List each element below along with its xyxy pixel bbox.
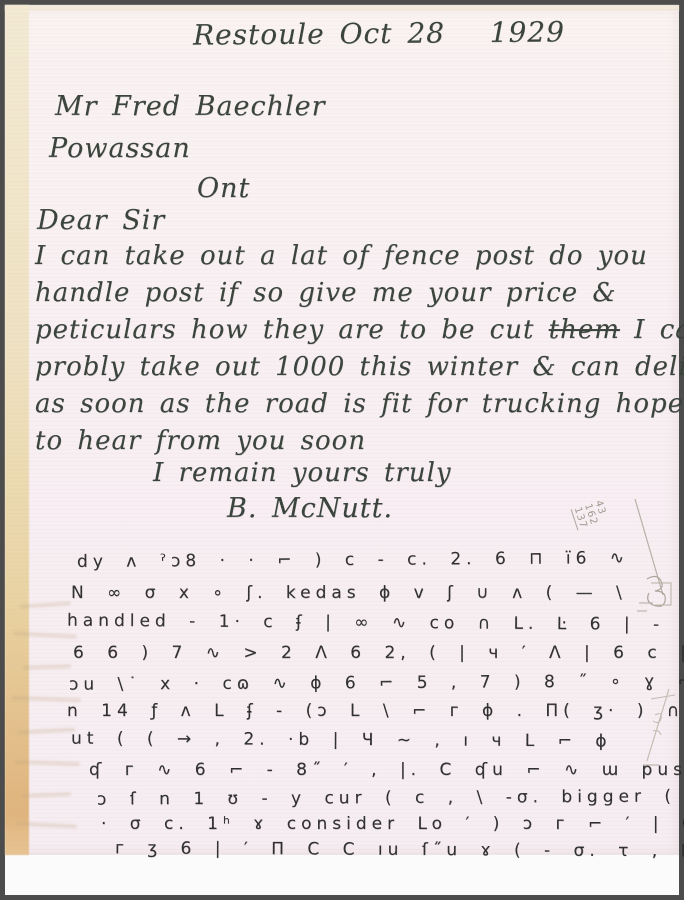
bleed-through-mark xyxy=(21,792,71,798)
pencil-tally-strokes xyxy=(635,685,681,769)
recipient-province: Ont xyxy=(197,173,250,204)
body-line: probly take out 1000 this winter & can d… xyxy=(35,352,684,382)
bleed-through-mark xyxy=(23,664,71,670)
pencil-stroke-flourish xyxy=(601,491,684,617)
recipient-name: Mr Fred Baechler xyxy=(55,91,326,122)
shorthand-line: · σ c. 1ʰ ɤ consider Lo ′ ) ɔ г ⌐ ′ | C … xyxy=(101,814,684,834)
pencil-tally-mark xyxy=(635,685,681,769)
pencil-arithmetic-scribble: 43 162 137 xyxy=(601,491,684,617)
shorthand-line: 6 6 ) 7 ∿ > 2 Λ 6 2, ( | ч ′ Λ | 6 c | xyxy=(73,643,684,663)
dateline: Restoule Oct 28 1929 xyxy=(193,15,565,51)
paper-edge-left xyxy=(5,5,29,855)
body-line: peticulars how they are to be cut them I… xyxy=(35,315,684,345)
body-line-segment: peticulars how they are to be cut xyxy=(35,315,549,345)
shorthand-line: ɔ ſ n 1 ʊ - y cur ( c , \ -σ. bigger ( ′ xyxy=(97,786,684,809)
shorthand-line: Ν ∞ σ x ∘ ʃ. kedas ϕ v ʃ ∪ ʌ ( — \ xyxy=(71,583,627,603)
shorthand-line: dy ʌ ˀɔ8 · · ⌐ ) c - c. 2. 6 ⊓ ï6 ∿ xyxy=(77,548,629,572)
body-line: handle post if so give me your price & xyxy=(35,278,617,308)
body-line-segment: I can xyxy=(620,315,684,345)
shorthand-line: handled - 1· c ʄ | ∞ ∿ co ∩ L. Ŀ 6 | - h… xyxy=(67,611,684,636)
recipient-town: Powassan xyxy=(49,133,191,164)
shorthand-line: n 14 ƒ ʌ L ʄ - (ɔ L \ ⌐ г ϕ . Π( ʒ· ) ∩ xyxy=(67,701,684,721)
salutation: Dear Sir xyxy=(37,205,165,236)
paper-edge-top xyxy=(5,5,679,11)
shorthand-line: г ʒ 6 | ′ Π C C ıu ſ˝u ɤ ( - σ. τ , Ν ⌐ xyxy=(115,838,684,861)
closing: I remain yours truly xyxy=(153,458,452,488)
struck-word: them xyxy=(549,315,620,345)
body-line: to hear from you soon xyxy=(35,426,366,456)
body-line: I can take out a lat of fence post do yo… xyxy=(35,241,648,271)
signature: B. McNutt. xyxy=(227,493,393,524)
scanned-letter-page: Restoule Oct 28 1929 Mr Fred Baechler Po… xyxy=(0,0,684,900)
shorthand-line: ʠ г ∿ 6 ⌐ - 8˝ ′ , |. C ʠu ⌐ ∿ ɯ push xyxy=(89,760,684,780)
shorthand-line: ut ( ( → , 2. ·b | Ч ∼ , ı ч L ⌐ ϕ xyxy=(71,729,612,752)
letter-paper: Restoule Oct 28 1929 Mr Fred Baechler Po… xyxy=(5,5,679,855)
body-line: as soon as the road is fit for trucking … xyxy=(35,389,684,419)
shorthand-line: ɔu \˙ x · cɷ ∿ ϕ 6 ⌐ 5 , 7 ) 8 ˝ ∘ ɣ ⌐ xyxy=(69,671,684,694)
